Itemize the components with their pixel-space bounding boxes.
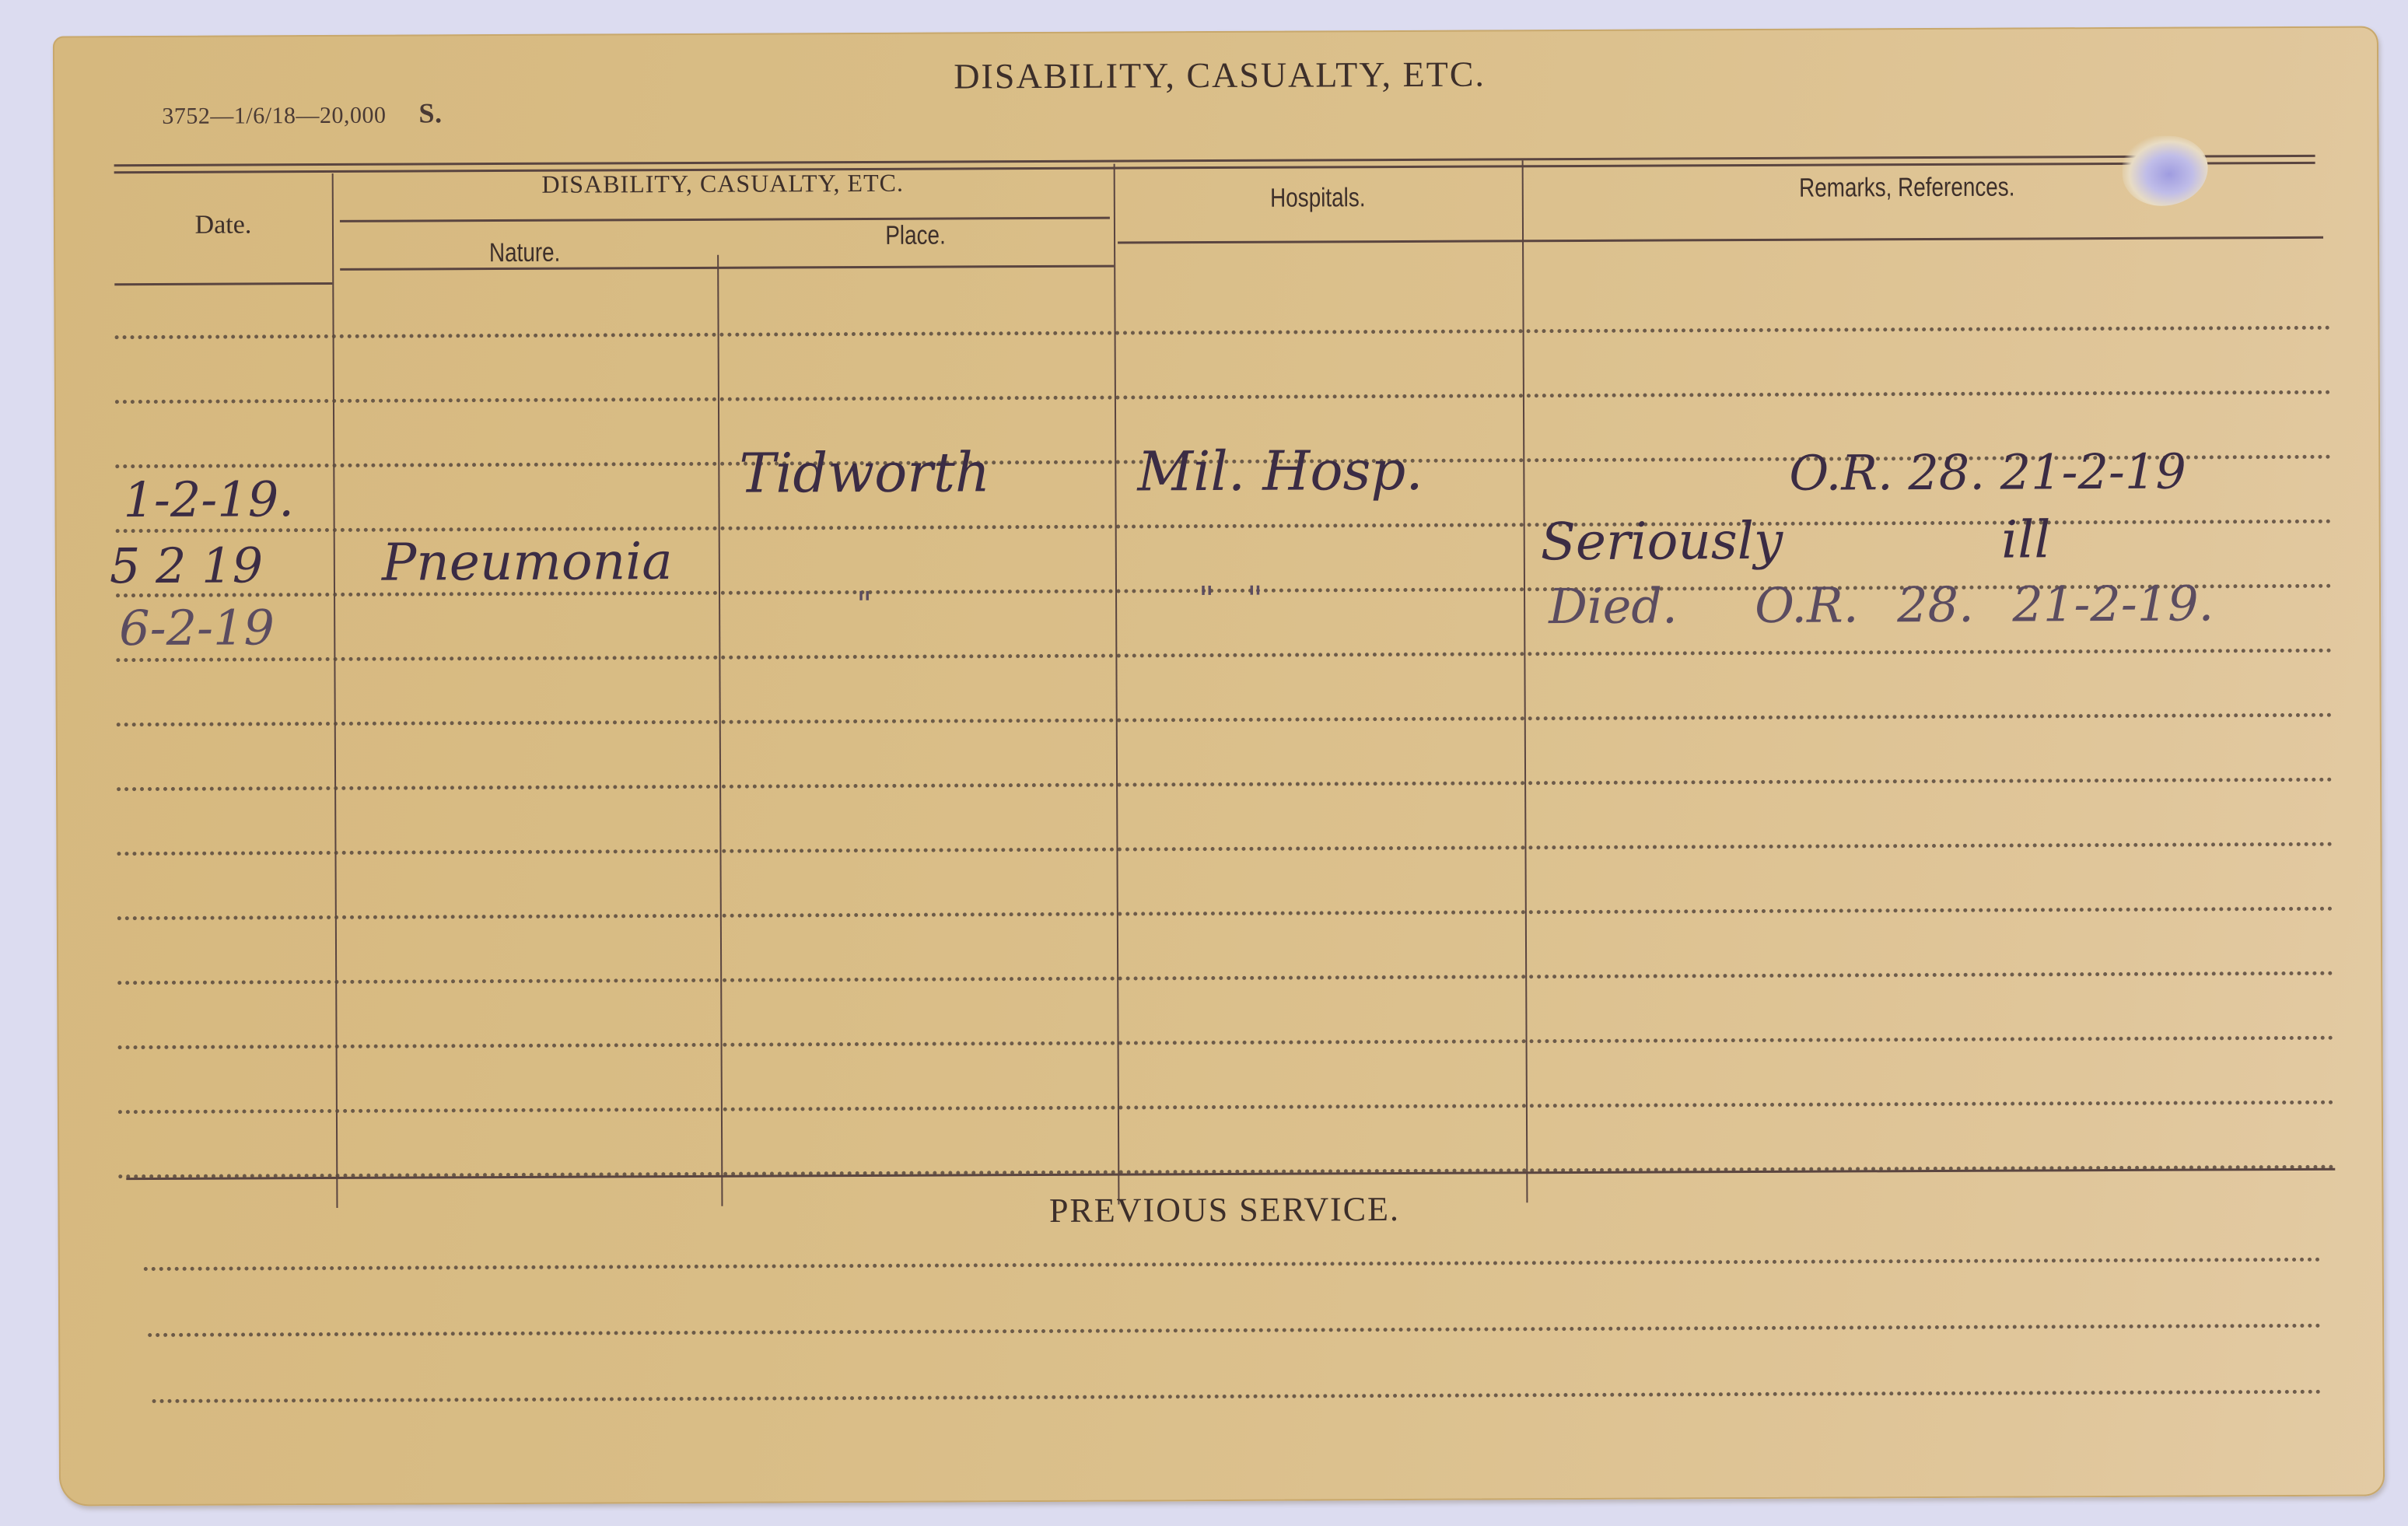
form-series: S.: [418, 97, 442, 128]
previous-service-title: PREVIOUS SERVICE.: [58, 1185, 2391, 1234]
table-ruled-lines: [53, 26, 2378, 36]
entry-place: ": [856, 585, 872, 625]
header-place: Place.: [753, 220, 1078, 252]
divider-date-nature: [332, 173, 338, 1208]
entry-row-3: 6-2-19 " " " Died. O.R. 28. 21-2-19.: [53, 26, 2378, 36]
entry-row-1: 1-2-19. Tidworth Mil. Hosp. O.R. 28. 21-…: [53, 26, 2378, 36]
entry-date: 5 2 19: [110, 537, 264, 594]
form-code-number: 3752—1/6/18—20,000: [162, 103, 386, 129]
casualty-record-card: 3752—1/6/18—20,000 S. DISABILITY, CASUAL…: [53, 26, 2385, 1506]
entry-remarks: Died. O.R. 28. 21-2-19.: [1549, 575, 2214, 635]
divider-place-hospitals: [1114, 164, 1120, 1205]
header-bottom-rule: [1118, 236, 2323, 244]
header-disability-group: DISABILITY, CASUALTY, ETC.: [332, 168, 1114, 200]
entry-date: 1-2-19.: [123, 471, 294, 528]
previous-service-line: [152, 1390, 2322, 1403]
entry-place: Tidworth: [739, 440, 990, 505]
entry-remarks: O.R. 28. 21-2-19: [1789, 443, 2186, 502]
card-title: DISABILITY, CASUALTY, ETC.: [53, 49, 2386, 100]
entry-nature: Pneumonia: [382, 531, 673, 593]
entry-date: 6-2-19: [119, 599, 275, 656]
divider-hospitals-remarks: [1522, 160, 1528, 1202]
header-bottom-rule: [114, 282, 332, 285]
previous-service-line: [148, 1324, 2322, 1337]
form-code: 3752—1/6/18—20,000 S.: [162, 96, 442, 131]
previous-service-lines: [53, 26, 2378, 36]
entry-row-2: 5 2 19 Pneumonia Seriously ill: [53, 26, 2378, 36]
header-date: Date.: [114, 210, 332, 240]
header-hospitals: Hospitals.: [1150, 182, 1486, 214]
entry-hospital: Mil. Hosp.: [1137, 439, 1423, 504]
header-nature: Nature.: [367, 237, 683, 269]
entry-hospital: " ": [1199, 579, 1263, 619]
entry-remarks: Seriously ill: [1541, 509, 2051, 572]
previous-service-line: [144, 1258, 2322, 1271]
